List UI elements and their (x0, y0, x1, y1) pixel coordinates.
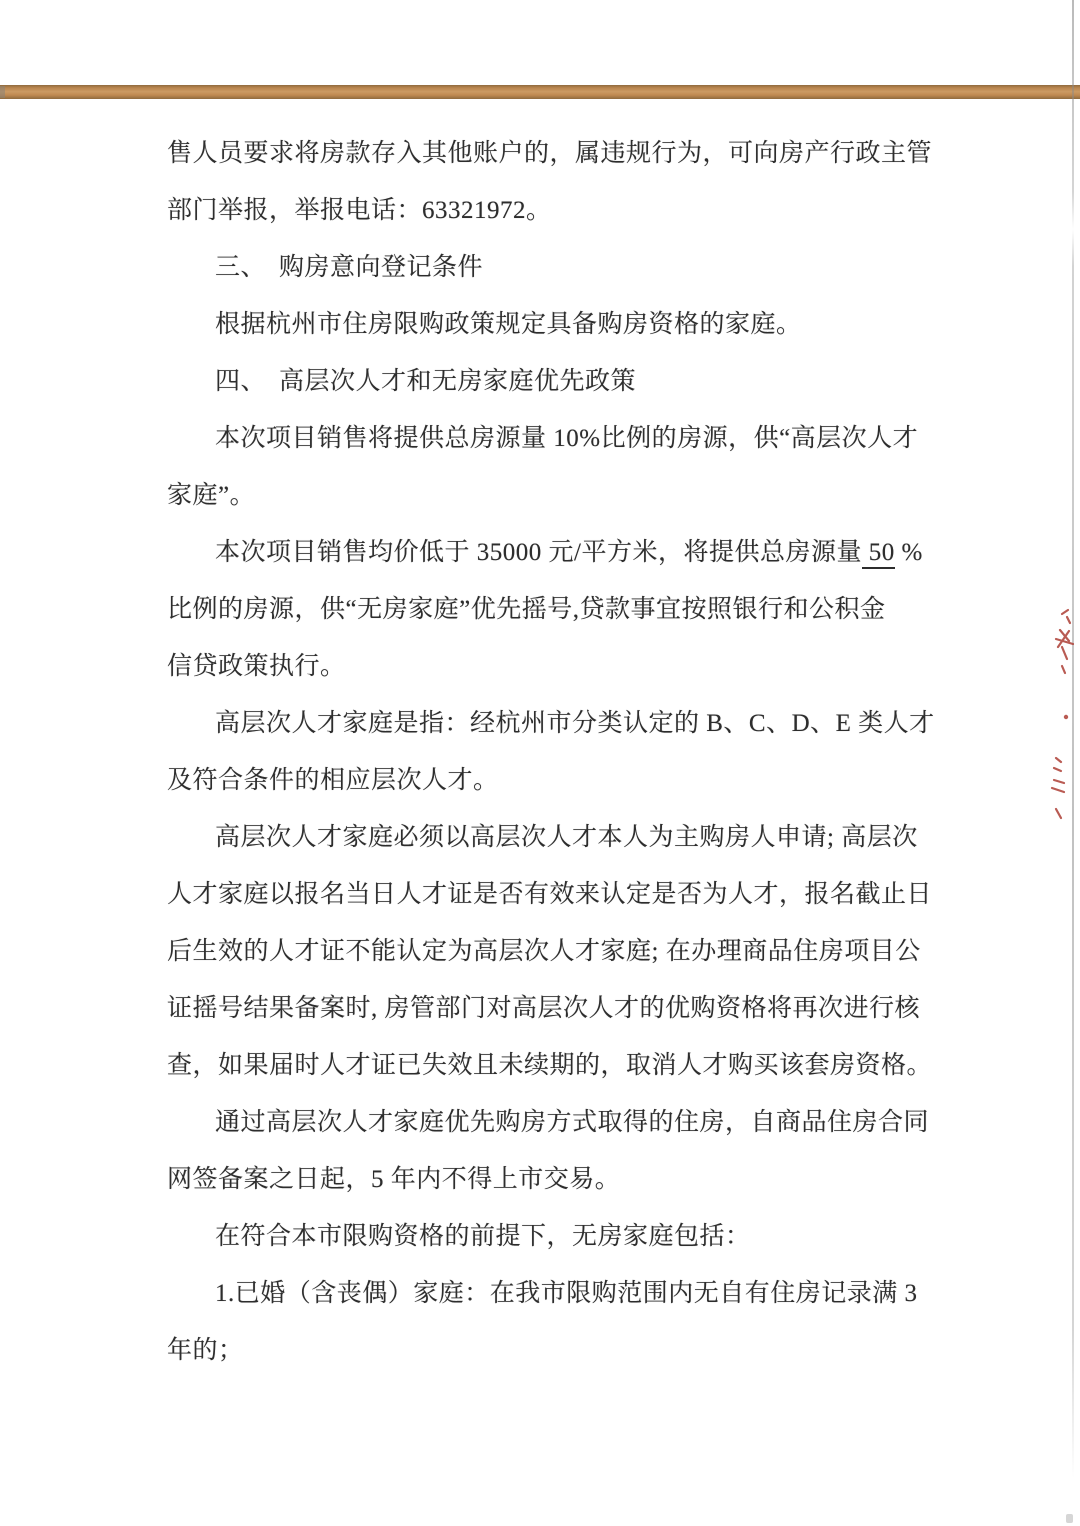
text-line-16: 证摇号结果备案时, 房管部门对高层次人才的优购资格将再次进行核 (167, 993, 920, 1024)
text-line-18: 通过高层次人才家庭优先购房方式取得的住房，自商品住房合同 (215, 1107, 929, 1138)
text-line-12: 及符合条件的相应层次人才。 (167, 765, 499, 796)
text-line-11: 高层次人才家庭是指：经杭州市分类认定的 B、C、D、E 类人才 (215, 708, 935, 739)
text-line-9: 比例的房源，供“无房家庭”优先摇号,贷款事宜按照银行和公积金 (167, 594, 885, 625)
decorative-top-bar (0, 85, 1080, 99)
section-heading-3: 三、 购房意向登记条件 (215, 252, 483, 283)
text-line-7: 家庭”。 (167, 480, 255, 511)
text-line-8-post: % (895, 539, 923, 566)
text-line-6: 本次项目销售将提供总房源量 10%比例的房源，供“高层次人才 (215, 423, 918, 454)
top-bar-left-cap (0, 86, 5, 98)
text-line-20: 在符合本市限购资格的前提下，无房家庭包括： (215, 1221, 751, 1252)
text-line-10: 信贷政策执行。 (167, 651, 346, 682)
underlined-value: 50 (862, 539, 895, 569)
section-heading-4: 四、 高层次人才和无房家庭优先政策 (215, 366, 636, 397)
text-line-8-pre: 本次项目销售均价低于 35000 元/平方米，将提供总房源量 (215, 539, 862, 566)
list-item-1: 1.已婚（含丧偶）家庭：在我市限购范围内无自有住房记录满 3 (215, 1278, 918, 1309)
scan-speck (1066, 1514, 1073, 1523)
document-page: 售人员要求将房款存入其他账户的，属违规行为，可向房产行政主管 部门举报，举报电话… (0, 0, 1080, 1526)
text-line-19: 网签备案之日起，5 年内不得上市交易。 (167, 1164, 620, 1195)
red-stamp-marks-icon (1046, 600, 1080, 830)
text-line-8: 本次项目销售均价低于 35000 元/平方米，将提供总房源量 50 % (215, 537, 923, 568)
text-line-17: 查，如果届时人才证已失效且未续期的，取消人才购买该套房资格。 (167, 1050, 932, 1081)
text-line-15: 后生效的人才证不能认定为高层次人才家庭; 在办理商品住房项目公 (167, 936, 921, 967)
text-line-1: 售人员要求将房款存入其他账户的，属违规行为，可向房产行政主管 (167, 138, 932, 169)
text-line-4: 根据杭州市住房限购政策规定具备购房资格的家庭。 (215, 309, 802, 340)
text-line-14: 人才家庭以报名当日人才证是否有效来认定是否为人才，报名截止日 (167, 879, 932, 910)
text-line-13: 高层次人才家庭必须以高层次人才本人为主购房人申请; 高层次 (215, 822, 918, 853)
text-line-2: 部门举报，举报电话：63321972。 (167, 195, 552, 226)
text-line-22: 年的； (167, 1335, 244, 1366)
